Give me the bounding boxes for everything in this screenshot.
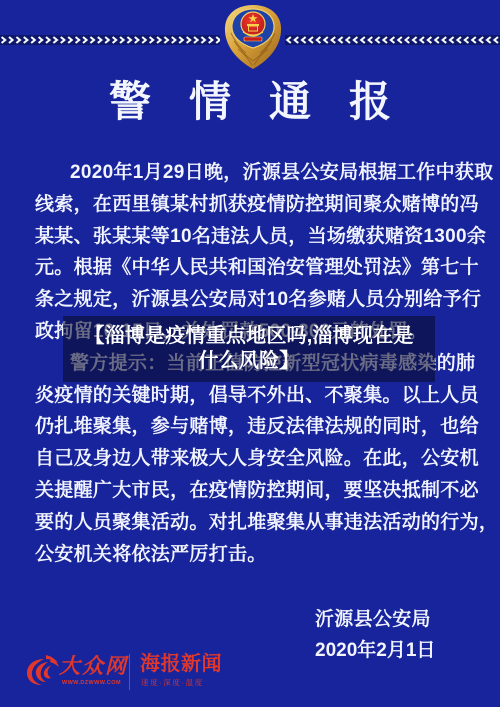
- body-line: 公安机关将依法严厉打击。: [35, 539, 485, 571]
- signature-org: 沂源县公安局: [315, 609, 431, 631]
- body-line: 炎疫情的关键时期，倡导不外出、不聚集。以上人员: [35, 380, 485, 412]
- body-line: 线索，在西里镇某村抓获疫情防控期间聚众赌博的冯: [35, 189, 485, 221]
- title-char: 情: [189, 78, 231, 126]
- body-line: 条之规定，沂源县公安局对10名参赌人员分别给予行: [35, 284, 485, 316]
- body-line: 2020年1月29日晚，沂源县公安局根据工作中获取: [35, 157, 485, 189]
- chevron-right-strip-icon: [0, 35, 220, 45]
- body-line: 元。根据《中华人民共和国治安管理处罚法》第七十: [35, 252, 485, 284]
- caption-title-line: 【淄博是疫情重点地区吗,淄博现在是: [63, 324, 435, 349]
- body-line: 仍扎堆聚集，参与赌博，违反法律法规的同时，也给: [35, 411, 485, 443]
- caption-overlay: 【淄博是疫情重点地区吗,淄博现在是 什么风险】: [63, 316, 435, 382]
- title-char: 警: [109, 78, 151, 126]
- body-line: 自己及身边人带来极大人身安全风险。在此，公安机: [35, 443, 485, 475]
- notice-title: 警 情 通 报: [0, 78, 500, 126]
- body-line: 某某、张某某等10名违法人员，当场缴获赌资1300余: [35, 221, 485, 253]
- flame-swirl-icon: [24, 653, 60, 687]
- haibao-slogan: 速度·深度·温度: [141, 678, 204, 687]
- title-char: 通: [269, 78, 311, 126]
- logo-divider: [129, 654, 130, 690]
- dazhong-url: WWW.DZWWW.COM: [62, 680, 121, 687]
- caption-title: 【淄博是疫情重点地区吗,淄博现在是 什么风险】: [63, 316, 435, 374]
- haibao-logo: 海报新闻: [140, 653, 222, 676]
- signature-date: 2020年2月1日: [315, 640, 435, 662]
- title-char: 报: [349, 78, 391, 126]
- body-line: 要的人员聚集活动。对扎堆聚集从事违法活动的行为，: [35, 507, 485, 539]
- police-badge-icon: [222, 3, 284, 71]
- body-line: 关提醒广大市民，在疫情防控期间，要坚决抵制不必: [35, 475, 485, 507]
- dazhong-logo: 大众网: [59, 653, 128, 679]
- chevron-left-strip-icon: [285, 35, 500, 45]
- caption-title-line: 什么风险】: [63, 349, 435, 374]
